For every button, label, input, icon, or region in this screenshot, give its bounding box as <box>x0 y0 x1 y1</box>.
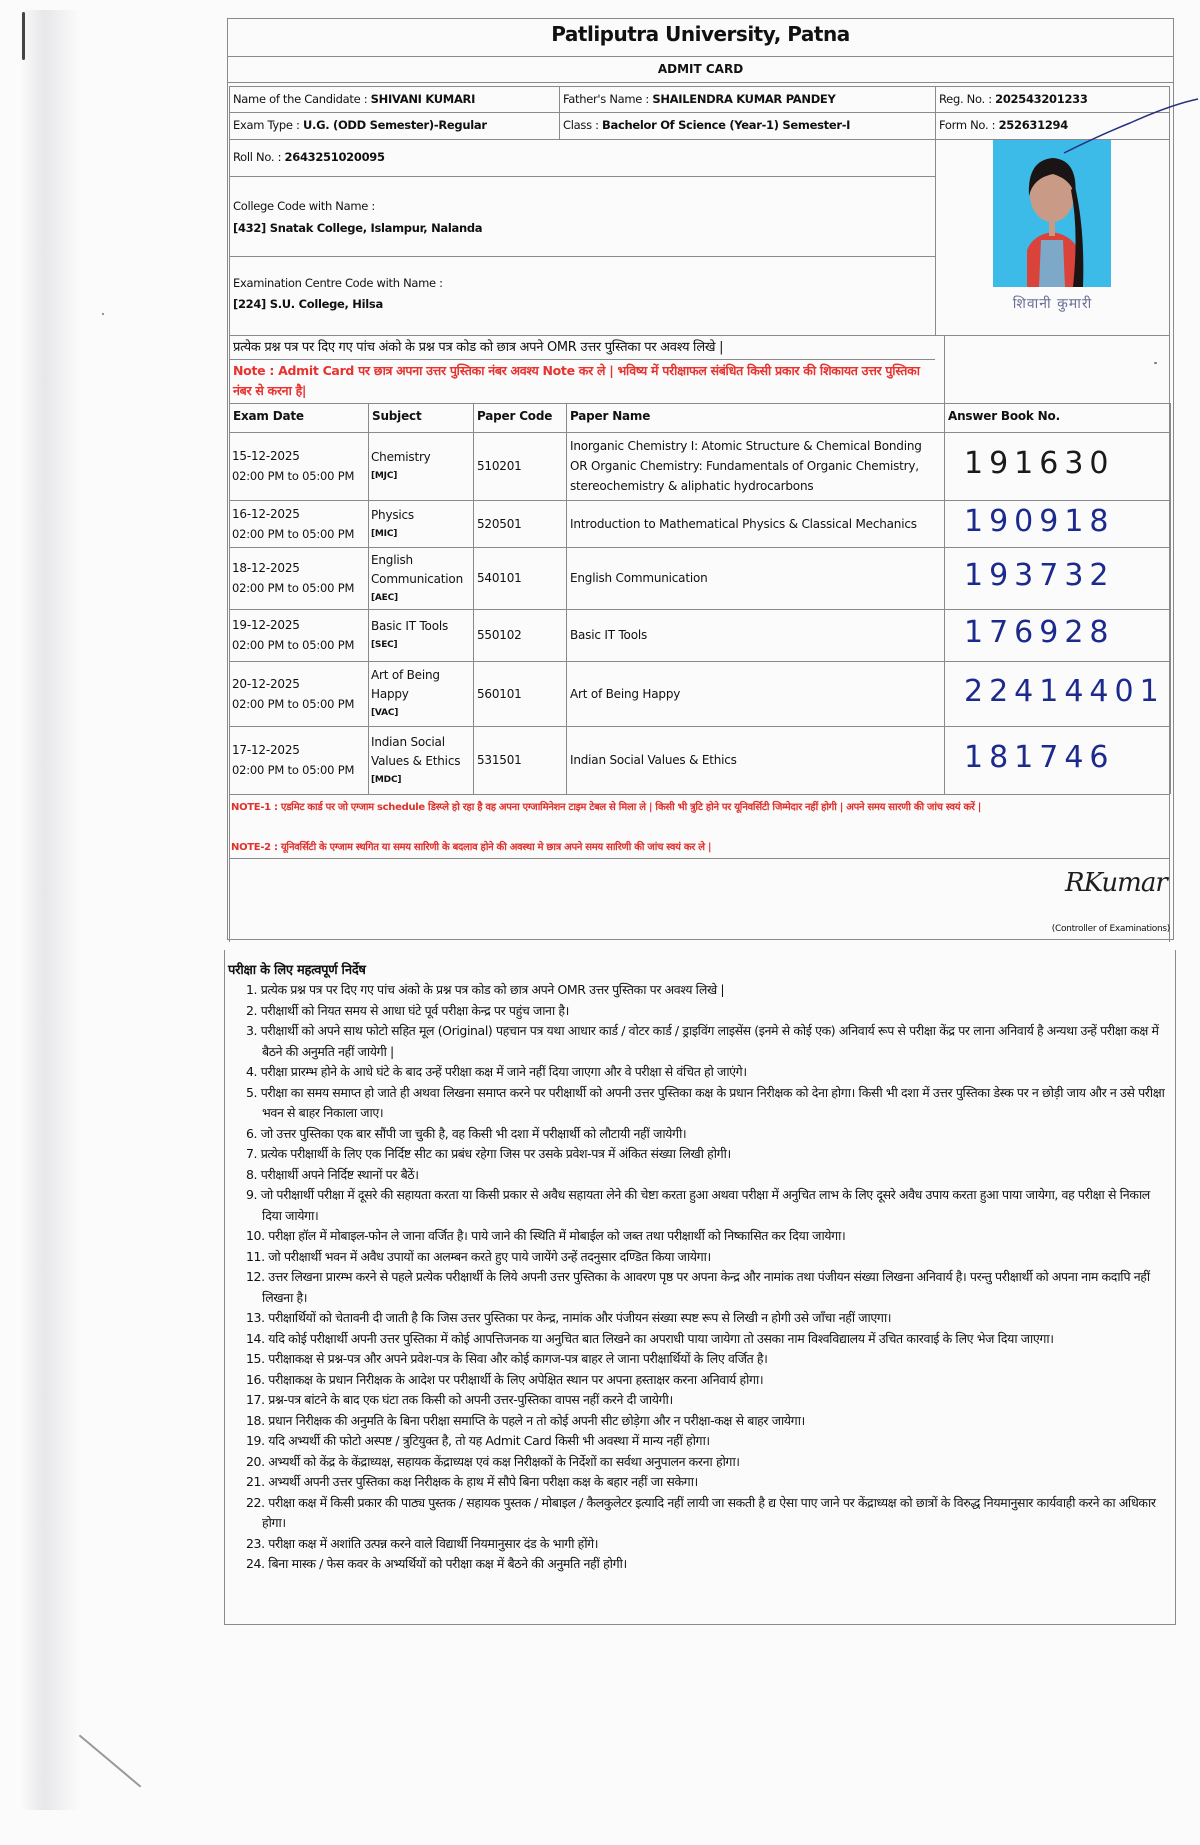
paper-name: Basic IT Tools <box>570 611 940 659</box>
exam-date-cell: 18-12-202502:00 PM to 05:00 PM <box>232 558 367 598</box>
form-no-label: Form No. : <box>939 118 999 132</box>
exam-centre-value: [224] S.U. College, Hilsa <box>233 297 383 311</box>
scan-speck <box>1155 362 1157 364</box>
exam-date: 20-12-2025 <box>232 674 367 694</box>
instruction-item: 9. जो परीक्षार्थी परीक्षा में दूसरे की स… <box>236 1185 1171 1226</box>
candidate-name-field: Name of the Candidate : SHIVANI KUMARI <box>233 92 475 106</box>
roll-no-value: 2643251020095 <box>285 150 385 164</box>
candidate-photo <box>993 140 1111 287</box>
pen-stroke <box>1060 95 1200 155</box>
divider <box>229 335 1170 336</box>
candidate-name-value: SHIVANI KUMARI <box>371 92 475 106</box>
subject-category-tag: [MJC] <box>371 467 472 486</box>
subject-category-tag: [AEC] <box>371 589 472 608</box>
answer-book-number: 191630 <box>964 446 1115 481</box>
paper-name: Art of Being Happy <box>570 663 940 724</box>
class-field: Class : Bachelor Of Science (Year-1) Sem… <box>563 118 850 132</box>
controller-designation: (Controller of Examinations) <box>1000 924 1170 934</box>
divider <box>559 86 560 139</box>
class-value: Bachelor Of Science (Year-1) Semester-I <box>602 118 850 132</box>
paper-name: Inorganic Chemistry I: Atomic Structure … <box>570 434 940 498</box>
instruction-item: 10. परीक्षा हॉल में मोबाइल-फोन ले जाना व… <box>236 1226 1171 1247</box>
exam-type-label: Exam Type : <box>233 118 303 132</box>
divider <box>229 858 1170 859</box>
college-label: College Code with Name : <box>233 199 375 213</box>
university-title: Patliputra University, Patna <box>227 22 1174 46</box>
exam-type-field: Exam Type : U.G. (ODD Semester)-Regular <box>233 118 487 132</box>
instructions-title: परीक्षा के लिए महत्वपूर्ण निर्देष <box>228 960 366 978</box>
answer-book-number: 181746 <box>964 740 1115 775</box>
note-1: NOTE-1 : एडमिट कार्ड पर जो एग्जाम schedu… <box>231 798 1166 818</box>
instruction-item: 2. परीक्षार्थी को नियत समय से आधा घंटे प… <box>236 1001 1171 1022</box>
instruction-item: 22. परीक्षा कक्ष में किसी प्रकार की पाठ्… <box>236 1493 1171 1534</box>
exam-date: 16-12-2025 <box>232 504 367 524</box>
omr-instruction: प्रत्येक प्रश्न पत्र पर दिए गए पांच अंको… <box>233 338 933 358</box>
divider <box>935 86 936 335</box>
paper-name: Introduction to Mathematical Physics & C… <box>570 502 940 545</box>
answer-book-number: 193732 <box>964 558 1115 593</box>
paper-code: 510201 <box>477 456 522 476</box>
instruction-item: 17. प्रश्न-पत्र बांटने के बाद एक घंटा तक… <box>236 1390 1171 1411</box>
exam-time: 02:00 PM to 05:00 PM <box>232 694 367 714</box>
paper-code: 550102 <box>477 625 522 645</box>
subject-name: Basic IT Tools <box>371 617 472 636</box>
paper-code: 531501 <box>477 750 522 770</box>
answer-book-number: 22414401 <box>964 674 1165 709</box>
divider <box>229 403 1170 404</box>
staple-mark <box>22 12 25 60</box>
answer-book-number: 176928 <box>964 615 1115 650</box>
instructions-list: 1. प्रत्येक प्रश्न पत्र पर दिए गए पांच अ… <box>236 980 1171 1575</box>
subject-cell: Indian Social Values & Ethics[MDC] <box>371 729 472 793</box>
subject-category-tag: [VAC] <box>371 704 472 723</box>
exam-type-value: U.G. (ODD Semester)-Regular <box>303 118 487 132</box>
exam-date: 15-12-2025 <box>232 446 367 466</box>
father-name-value: SHAILENDRA KUMAR PANDEY <box>652 92 835 106</box>
exam-date-cell: 19-12-202502:00 PM to 05:00 PM <box>232 615 367 655</box>
instruction-item: 8. परीक्षार्थी अपने निर्दिष्ट स्थानों पर… <box>236 1165 1171 1186</box>
divider <box>227 82 1174 83</box>
exam-time: 02:00 PM to 05:00 PM <box>232 578 367 598</box>
roll-no-label: Roll No. : <box>233 150 285 164</box>
instruction-item: 15. परीक्षाकक्ष से प्रश्न-पत्र और अपने प… <box>236 1349 1171 1370</box>
exam-time: 02:00 PM to 05:00 PM <box>232 466 367 486</box>
subject-category-tag: [MIC] <box>371 525 472 544</box>
subject-name: English Communication <box>371 551 472 589</box>
exam-time: 02:00 PM to 05:00 PM <box>232 760 367 780</box>
divider <box>229 139 935 140</box>
paper-code: 560101 <box>477 684 522 704</box>
instruction-item: 24. बिना मास्क / फेस कवर के अभ्यर्थियों … <box>236 1554 1171 1575</box>
instruction-item: 4. परीक्षा प्रारम्भ होने के आधे घंटे के … <box>236 1062 1171 1083</box>
exam-time: 02:00 PM to 05:00 PM <box>232 635 367 655</box>
instruction-item: 6. जो उत्तर पुस्तिका एक बार सौंपी जा चुक… <box>236 1124 1171 1145</box>
instruction-item: 23. परीक्षा कक्ष में अशांति उत्पन्न करने… <box>236 1534 1171 1555</box>
exam-date-cell: 15-12-202502:00 PM to 05:00 PM <box>232 446 367 486</box>
form-no-value: 252631294 <box>999 118 1068 132</box>
subject-name: Art of Being Happy <box>371 666 472 704</box>
subject-category-tag: [MDC] <box>371 771 472 790</box>
roll-no-field: Roll No. : 2643251020095 <box>233 150 385 164</box>
admit-card-heading: ADMIT CARD <box>227 62 1174 76</box>
divider <box>227 56 1174 57</box>
subject-category-tag: [SEC] <box>371 636 472 655</box>
column-header: Answer Book No. <box>948 409 1060 423</box>
divider <box>229 112 1170 113</box>
divider <box>1170 403 1171 794</box>
exam-time: 02:00 PM to 05:00 PM <box>232 524 367 544</box>
subject-cell: Chemistry[MJC] <box>371 435 472 499</box>
instruction-item: 5. परीक्षा का समय समाप्त हो जाते ही अथवा… <box>236 1083 1171 1124</box>
subject-name: Chemistry <box>371 448 472 467</box>
instruction-item: 19. यदि अभ्यर्थी की फोटो अस्पष्ट / त्रुट… <box>236 1431 1171 1452</box>
fold-mark <box>79 1735 142 1788</box>
paper-code: 540101 <box>477 568 522 588</box>
instruction-item: 14. यदि कोई परीक्षार्थी अपनी उत्तर पुस्त… <box>236 1329 1171 1350</box>
subject-name: Indian Social Values & Ethics <box>371 733 472 771</box>
father-name-label: Father's Name : <box>563 92 652 106</box>
instruction-item: 12. उत्तर लिखना प्रारम्भ करने से पहले प्… <box>236 1267 1171 1308</box>
divider <box>944 335 945 403</box>
column-header: Subject <box>372 409 421 423</box>
person-photo-icon <box>993 140 1111 287</box>
instruction-item: 20. अभ्यर्थी को केंद्र के केंद्राध्यक्ष,… <box>236 1452 1171 1473</box>
exam-date-cell: 16-12-202502:00 PM to 05:00 PM <box>232 504 367 544</box>
divider <box>229 794 1170 795</box>
exam-centre-label: Examination Centre Code with Name : <box>233 276 443 290</box>
instruction-item: 11. जो परीक्षार्थी भवन में अवैध उपायों क… <box>236 1247 1171 1268</box>
subject-cell: Basic IT Tools[SEC] <box>371 612 472 660</box>
column-header: Paper Code <box>477 409 552 423</box>
exam-date: 19-12-2025 <box>232 615 367 635</box>
exam-date-cell: 20-12-202502:00 PM to 05:00 PM <box>232 674 367 714</box>
subject-cell: Physics[MIC] <box>371 503 472 546</box>
controller-signature: RKumar <box>1065 868 1167 898</box>
divider <box>229 176 935 177</box>
exam-date: 17-12-2025 <box>232 740 367 760</box>
instruction-item: 13. परीक्षार्थियों को चेतावनी दी जाती है… <box>236 1308 1171 1329</box>
form-no-field: Form No. : 252631294 <box>939 118 1068 132</box>
candidate-name-label: Name of the Candidate : <box>233 92 371 106</box>
paper-crease <box>20 10 80 1810</box>
divider <box>229 359 935 360</box>
paper-code: 520501 <box>477 514 522 534</box>
paper-name: English Communication <box>570 549 940 607</box>
column-header: Exam Date <box>233 409 304 423</box>
reg-no-label: Reg. No. : <box>939 92 995 106</box>
exam-date-cell: 17-12-202502:00 PM to 05:00 PM <box>232 740 367 780</box>
class-label: Class : <box>563 118 602 132</box>
instruction-item: 18. प्रधान निरीक्षक की अनुमति के बिना पर… <box>236 1411 1171 1432</box>
subject-name: Physics <box>371 506 472 525</box>
note-2: NOTE-2 : यूनिवर्सिटी के एग्जाम स्थगित या… <box>231 838 1166 858</box>
father-name-field: Father's Name : SHAILENDRA KUMAR PANDEY <box>563 92 836 106</box>
instruction-item: 1. प्रत्येक प्रश्न पत्र पर दिए गए पांच अ… <box>236 980 1171 1001</box>
instruction-item: 21. अभ्यर्थी अपनी उत्तर पुस्तिका कक्ष नि… <box>236 1472 1171 1493</box>
instruction-item: 7. प्रत्येक परीक्षार्थी के लिए एक निर्दि… <box>236 1144 1171 1165</box>
paper-name: Indian Social Values & Ethics <box>570 728 940 792</box>
instruction-item: 3. परीक्षार्थी को अपने साथ फोटो सहित मूल… <box>236 1021 1171 1062</box>
exam-date: 18-12-2025 <box>232 558 367 578</box>
column-header: Paper Name <box>570 409 650 423</box>
photo-signature: शिवानी कुमारी <box>990 294 1115 313</box>
answer-book-note: Note : Admit Card पर छात्र अपना उत्तर पु… <box>233 361 938 401</box>
college-value: [432] Snatak College, Islampur, Nalanda <box>233 221 482 235</box>
answer-book-number: 190918 <box>964 504 1115 539</box>
divider <box>229 256 935 257</box>
subject-cell: Art of Being Happy[VAC] <box>371 664 472 725</box>
scan-speck <box>102 313 104 315</box>
subject-cell: English Communication[AEC] <box>371 550 472 608</box>
instruction-item: 16. परीक्षाकक्ष के प्रधान निरीक्षक के आद… <box>236 1370 1171 1391</box>
